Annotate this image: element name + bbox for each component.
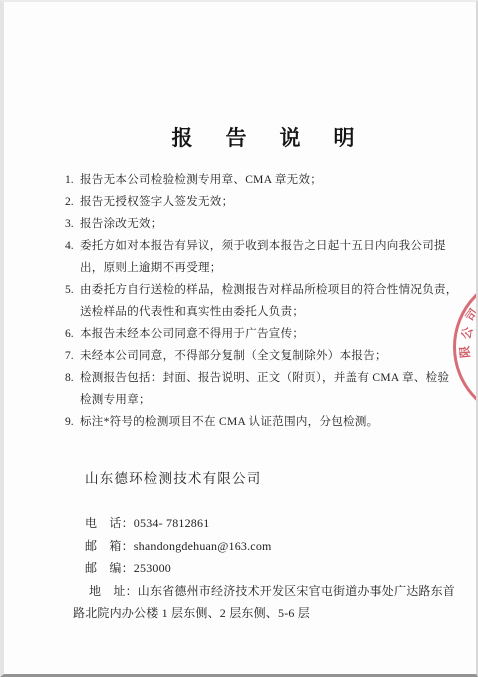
note-text: 检测报告包括：封面、报告说明、正文（附页），并盖有 CMA 章、检验 检测专用章… (80, 367, 449, 411)
note-item: 7. 未经本公司同意，不得部分复制（全文复制除外）本报告； (65, 345, 476, 367)
postcode-line: 邮 编：253000 (85, 557, 476, 580)
email-line: 邮 箱：shandongdehuan@163.com (85, 535, 476, 558)
note-text: 报告无本公司检验检测专用章、CMA 章无效； (80, 169, 322, 191)
note-number: 5. (65, 279, 80, 323)
company-name: 山东德环检测技术有限公司 (85, 467, 476, 487)
scanned-report-page: 报 告 说 明 1. 报告无本公司检验检测专用章、CMA 章无效； 2. 报告无… (0, 0, 478, 677)
note-text: 由委托方自行送检的样品，检测报告对样品所检项目的符合性情况负责， 送检样品的代表… (80, 279, 458, 323)
stamp-character: 公 (460, 326, 475, 341)
note-item: 8. 检测报告包括：封面、报告说明、正文（附页），并盖有 CMA 章、检验 检测… (65, 367, 476, 411)
stamp-character: 限 (459, 345, 472, 358)
note-item: 5. 由委托方自行送检的样品，检测报告对样品所检项目的符合性情况负责， 送检样品… (65, 279, 476, 323)
note-item: 1. 报告无本公司检验检测专用章、CMA 章无效； (65, 169, 476, 191)
note-text: 委托方如对本报告有异议，须于收到本报告之日起十五日内向我公司提 出，原则上逾期不… (80, 235, 446, 279)
note-item: 2. 报告无授权签字人签发无效； (65, 191, 476, 213)
note-text: 报告涂改无效； (80, 213, 163, 235)
note-text: 标注*符号的检测项目不在 CMA 认证范围内，分包检测。 (80, 411, 378, 433)
note-number: 1. (65, 169, 80, 191)
note-item: 9. 标注*符号的检测项目不在 CMA 认证范围内，分包检测。 (65, 411, 476, 433)
note-item: 4. 委托方如对本报告有异议，须于收到本报告之日起十五日内向我公司提 出，原则上… (65, 235, 476, 279)
note-number: 4. (65, 235, 80, 279)
note-text: 报告无授权签字人签发无效； (80, 191, 233, 213)
note-text: 未经本公司同意，不得部分复制（全文复制除外）本报告； (80, 345, 387, 367)
note-number: 2. (65, 191, 80, 213)
address-line: 地 址：山东省德州市经济技术开发区宋官屯街道办事处广达路东首 路北院内办公楼 1… (73, 580, 476, 625)
phone-line: 电 话：0534- 7812861 (85, 512, 476, 535)
contact-block: 电 话：0534- 7812861 邮 箱：shandongdehuan@163… (4, 512, 476, 625)
note-number: 3. (65, 213, 80, 235)
note-number: 6. (65, 323, 80, 345)
note-number: 9. (65, 411, 80, 433)
note-number: 8. (65, 367, 80, 411)
stamp-character: 司 (464, 307, 478, 324)
note-number: 7. (65, 345, 80, 367)
page-title: 报 告 说 明 (4, 122, 476, 152)
notes-list: 1. 报告无本公司检验检测专用章、CMA 章无效； 2. 报告无授权签字人签发无… (65, 169, 476, 433)
note-text: 本报告未经本公司同意不得用于广告宣传； (80, 323, 304, 345)
note-item: 3. 报告涂改无效； (65, 213, 476, 235)
note-item: 6. 本报告未经本公司同意不得用于广告宣传； (65, 323, 476, 345)
